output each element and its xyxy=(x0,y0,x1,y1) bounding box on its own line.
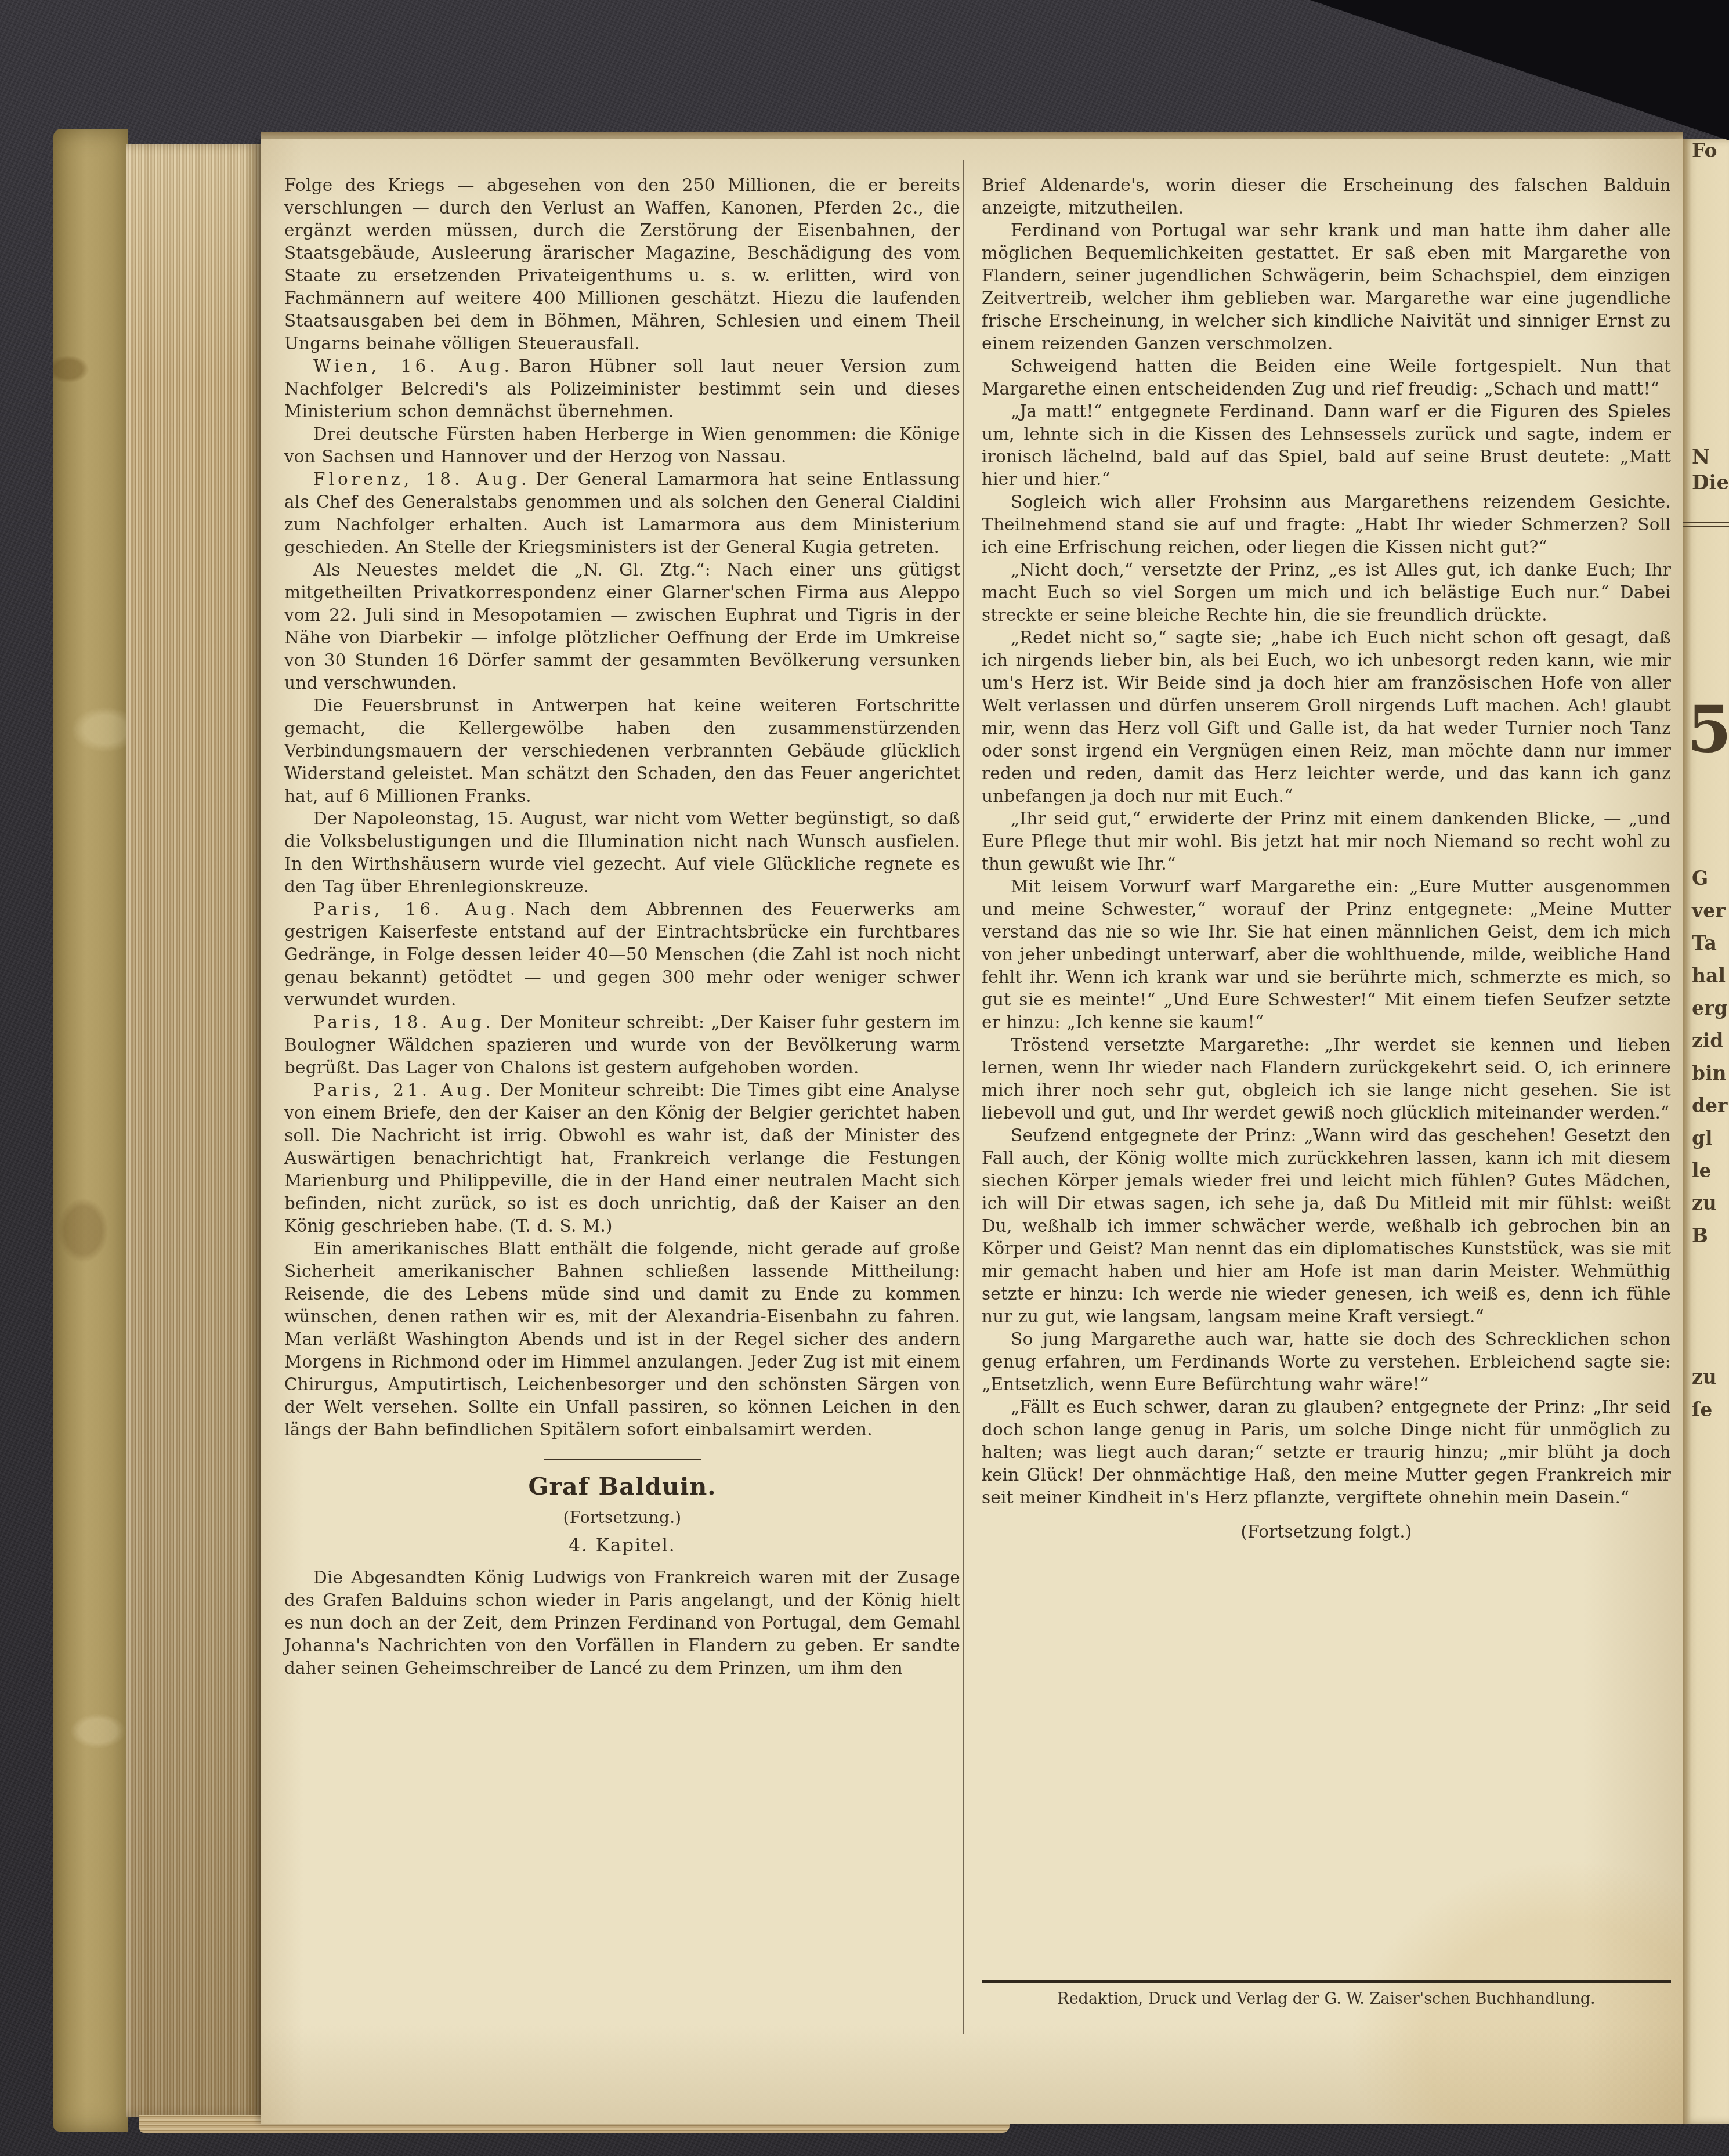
paragraph-text: Der Moniteur schreibt: Die Times gibt ei… xyxy=(284,1080,960,1236)
text-fragment: N xyxy=(1692,446,1710,469)
paragraph-text: „Nicht doch,“ versetzte der Prinz, „es i… xyxy=(982,560,1671,625)
book-cover-edge xyxy=(53,129,128,2132)
news-paragraph-list: Folge des Kriegs — abgesehen von den 250… xyxy=(284,174,960,1441)
news-paragraph: Folge des Kriegs — abgesehen von den 250… xyxy=(284,174,960,355)
feuilleton-paragraph: Die Abgesandten König Ludwigs von Frankr… xyxy=(284,1567,960,1680)
feuilleton-paragraph: Tröstend versetzte Margarethe: „Ihr werd… xyxy=(982,1034,1671,1124)
dateline: Wien, 16. Aug. xyxy=(313,356,513,376)
paragraph-text: Mit leisem Vorwurf warf Margarethe ein: … xyxy=(982,877,1671,1032)
feuilleton-title: Graf Balduin. xyxy=(284,1475,960,1498)
scan-corner-shadow xyxy=(1310,0,1729,140)
dateline: Paris, 18. Aug. xyxy=(313,1012,494,1032)
feuilleton-paragraph: „Ja matt!“ entgegnete Ferdinand. Dann wa… xyxy=(982,400,1671,491)
text-fragment: hal xyxy=(1692,964,1726,987)
dateline: Florenz, 18. Aug. xyxy=(313,469,530,489)
next-page-edge: N Dieſ 54 k G ver Ta hal erg zid bin der… xyxy=(1683,139,1729,2124)
page-fore-edge-stack xyxy=(126,144,261,2117)
paragraph-text: Als Neuestes meldet die „N. Gl. Ztg.“: N… xyxy=(284,560,960,693)
news-paragraph: Als Neuestes meldet die „N. Gl. Ztg.“: N… xyxy=(284,559,960,694)
text-fragment: der xyxy=(1692,1094,1727,1117)
text-fragment: G xyxy=(1692,867,1708,889)
column-divider-rule xyxy=(963,160,964,2034)
text-fragment: Ta xyxy=(1692,932,1717,954)
text-fragment: zu xyxy=(1692,1192,1717,1214)
feuilleton-paragraph: „Redet nicht so,“ sagte sie; „habe ich E… xyxy=(982,627,1671,808)
paragraph-text: Der Napoleonstag, 15. August, war nicht … xyxy=(284,809,960,896)
feuilleton-paragraph: „Nicht doch,“ versetzte der Prinz, „es i… xyxy=(982,559,1671,627)
paragraph-text: Sogleich wich aller Frohsinn aus Margare… xyxy=(982,492,1671,557)
section-divider-rule xyxy=(544,1459,701,1460)
text-fragment: le xyxy=(1692,1159,1712,1182)
feuilleton-continuation-label: (Fortsetzung.) xyxy=(284,1506,960,1529)
text-fragment: Dieſ xyxy=(1692,471,1729,494)
news-paragraph: Wien, 16. Aug.Baron Hübner soll laut neu… xyxy=(284,355,960,423)
paragraph-text: „Fällt es Euch schwer, daran zu glauben?… xyxy=(982,1397,1671,1507)
imprint-rule xyxy=(982,1980,1671,1985)
text-fragment: ſe xyxy=(1692,1398,1712,1421)
newspaper-page: Folge des Kriegs — abgesehen von den 250… xyxy=(261,139,1683,2124)
news-paragraph: Der Napoleonstag, 15. August, war nicht … xyxy=(284,808,960,898)
paragraph-text: Brief Aldenarde's, worin dieser die Ersc… xyxy=(982,175,1671,218)
paragraph-text: Schweigend hatten die Beiden eine Weile … xyxy=(982,356,1671,399)
left-column: Folge des Kriegs — abgesehen von den 250… xyxy=(284,174,960,1680)
imprint-footer: Redaktion, Druck und Verlag der G. W. Za… xyxy=(982,1980,1671,2008)
paragraph-text: Seufzend entgegnete der Prinz: „Wann wir… xyxy=(982,1126,1671,1326)
feuilleton-paragraph: Seufzend entgegnete der Prinz: „Wann wir… xyxy=(982,1124,1671,1328)
paragraph-text: Folge des Kriegs — abgesehen von den 250… xyxy=(284,175,960,353)
text-fragment: ver xyxy=(1692,899,1726,922)
news-paragraph: Paris, 21. Aug.Der Moniteur schreibt: Di… xyxy=(284,1079,960,1238)
paragraph-text: Tröstend versetzte Margarethe: „Ihr werd… xyxy=(982,1035,1671,1123)
feuilleton-paragraph: Ferdinand von Portugal war sehr krank un… xyxy=(982,219,1671,355)
feuilleton-paragraph: Schweigend hatten die Beiden eine Weile … xyxy=(982,355,1671,400)
feuilleton-paragraph: Sogleich wich aller Frohsinn aus Margare… xyxy=(982,491,1671,559)
news-paragraph: Paris, 18. Aug.Der Moniteur schreibt: „D… xyxy=(284,1011,960,1079)
imprint-text: Redaktion, Druck und Verlag der G. W. Za… xyxy=(982,1990,1671,2008)
text-fragment: 54 k xyxy=(1687,692,1729,766)
text-fragment: erg xyxy=(1692,997,1727,1019)
right-column: Brief Aldenarde's, worin dieser die Ersc… xyxy=(982,174,1671,2089)
text-fragment: bin xyxy=(1692,1062,1727,1084)
text-fragment: Fo xyxy=(1692,139,1717,162)
paragraph-text: So jung Margarethe auch war, hatte sie d… xyxy=(982,1329,1671,1394)
paragraph-text: Ferdinand von Portugal war sehr krank un… xyxy=(982,220,1671,353)
news-paragraph: Florenz, 18. Aug.Der General Lamarmora h… xyxy=(284,468,960,559)
news-paragraph: Paris, 16. Aug.Nach dem Abbrennen des Fe… xyxy=(284,898,960,1011)
news-paragraph: Die Feuersbrunst in Antwerpen hat keine … xyxy=(284,694,960,808)
paragraph-text: Drei deutsche Fürsten haben Herberge in … xyxy=(284,424,960,466)
text-fragment: zu xyxy=(1692,1366,1717,1388)
paragraph-text: Ein amerikanisches Blatt enthält die fol… xyxy=(284,1239,960,1439)
feuilleton-paragraph: Brief Aldenarde's, worin dieser die Ersc… xyxy=(982,174,1671,219)
text-fragment: gl xyxy=(1692,1127,1713,1149)
paragraph-text: „Ihr seid gut,“ erwiderte der Prinz mit … xyxy=(982,809,1671,874)
dateline: Paris, 21. Aug. xyxy=(313,1080,494,1100)
continuation-note: (Fortsetzung folgt.) xyxy=(982,1521,1671,1543)
feuilleton-paragraph: Mit leisem Vorwurf warf Margarethe ein: … xyxy=(982,876,1671,1034)
paragraph-text: Die Feuersbrunst in Antwerpen hat keine … xyxy=(284,696,960,806)
feuilleton-paragraph: So jung Margarethe auch war, hatte sie d… xyxy=(982,1328,1671,1396)
feuilleton-paragraph: „Ihr seid gut,“ erwiderte der Prinz mit … xyxy=(982,808,1671,876)
feuilleton-paragraph: „Fällt es Euch schwer, daran zu glauben?… xyxy=(982,1396,1671,1509)
paragraph-text: „Ja matt!“ entgegnete Ferdinand. Dann wa… xyxy=(982,401,1671,489)
dateline: Paris, 16. Aug. xyxy=(313,899,519,919)
feuilleton-chapter-label: 4. Kapitel. xyxy=(284,1535,960,1557)
next-page-text-fragments: N Dieſ 54 k G ver Ta hal erg zid bin der… xyxy=(1683,139,1729,2124)
text-fragment: zid xyxy=(1692,1029,1723,1052)
scanned-book-page: { "colors": { "background": "#312f34", "… xyxy=(0,0,1729,2156)
news-paragraph: Ein amerikanisches Blatt enthält die fol… xyxy=(284,1238,960,1441)
paragraph-text: „Redet nicht so,“ sagte sie; „habe ich E… xyxy=(982,628,1671,806)
text-fragment: B xyxy=(1692,1224,1708,1247)
news-paragraph: Drei deutsche Fürsten haben Herberge in … xyxy=(284,423,960,468)
feuilleton-paragraph-list: Brief Aldenarde's, worin dieser die Ersc… xyxy=(982,174,1671,1509)
